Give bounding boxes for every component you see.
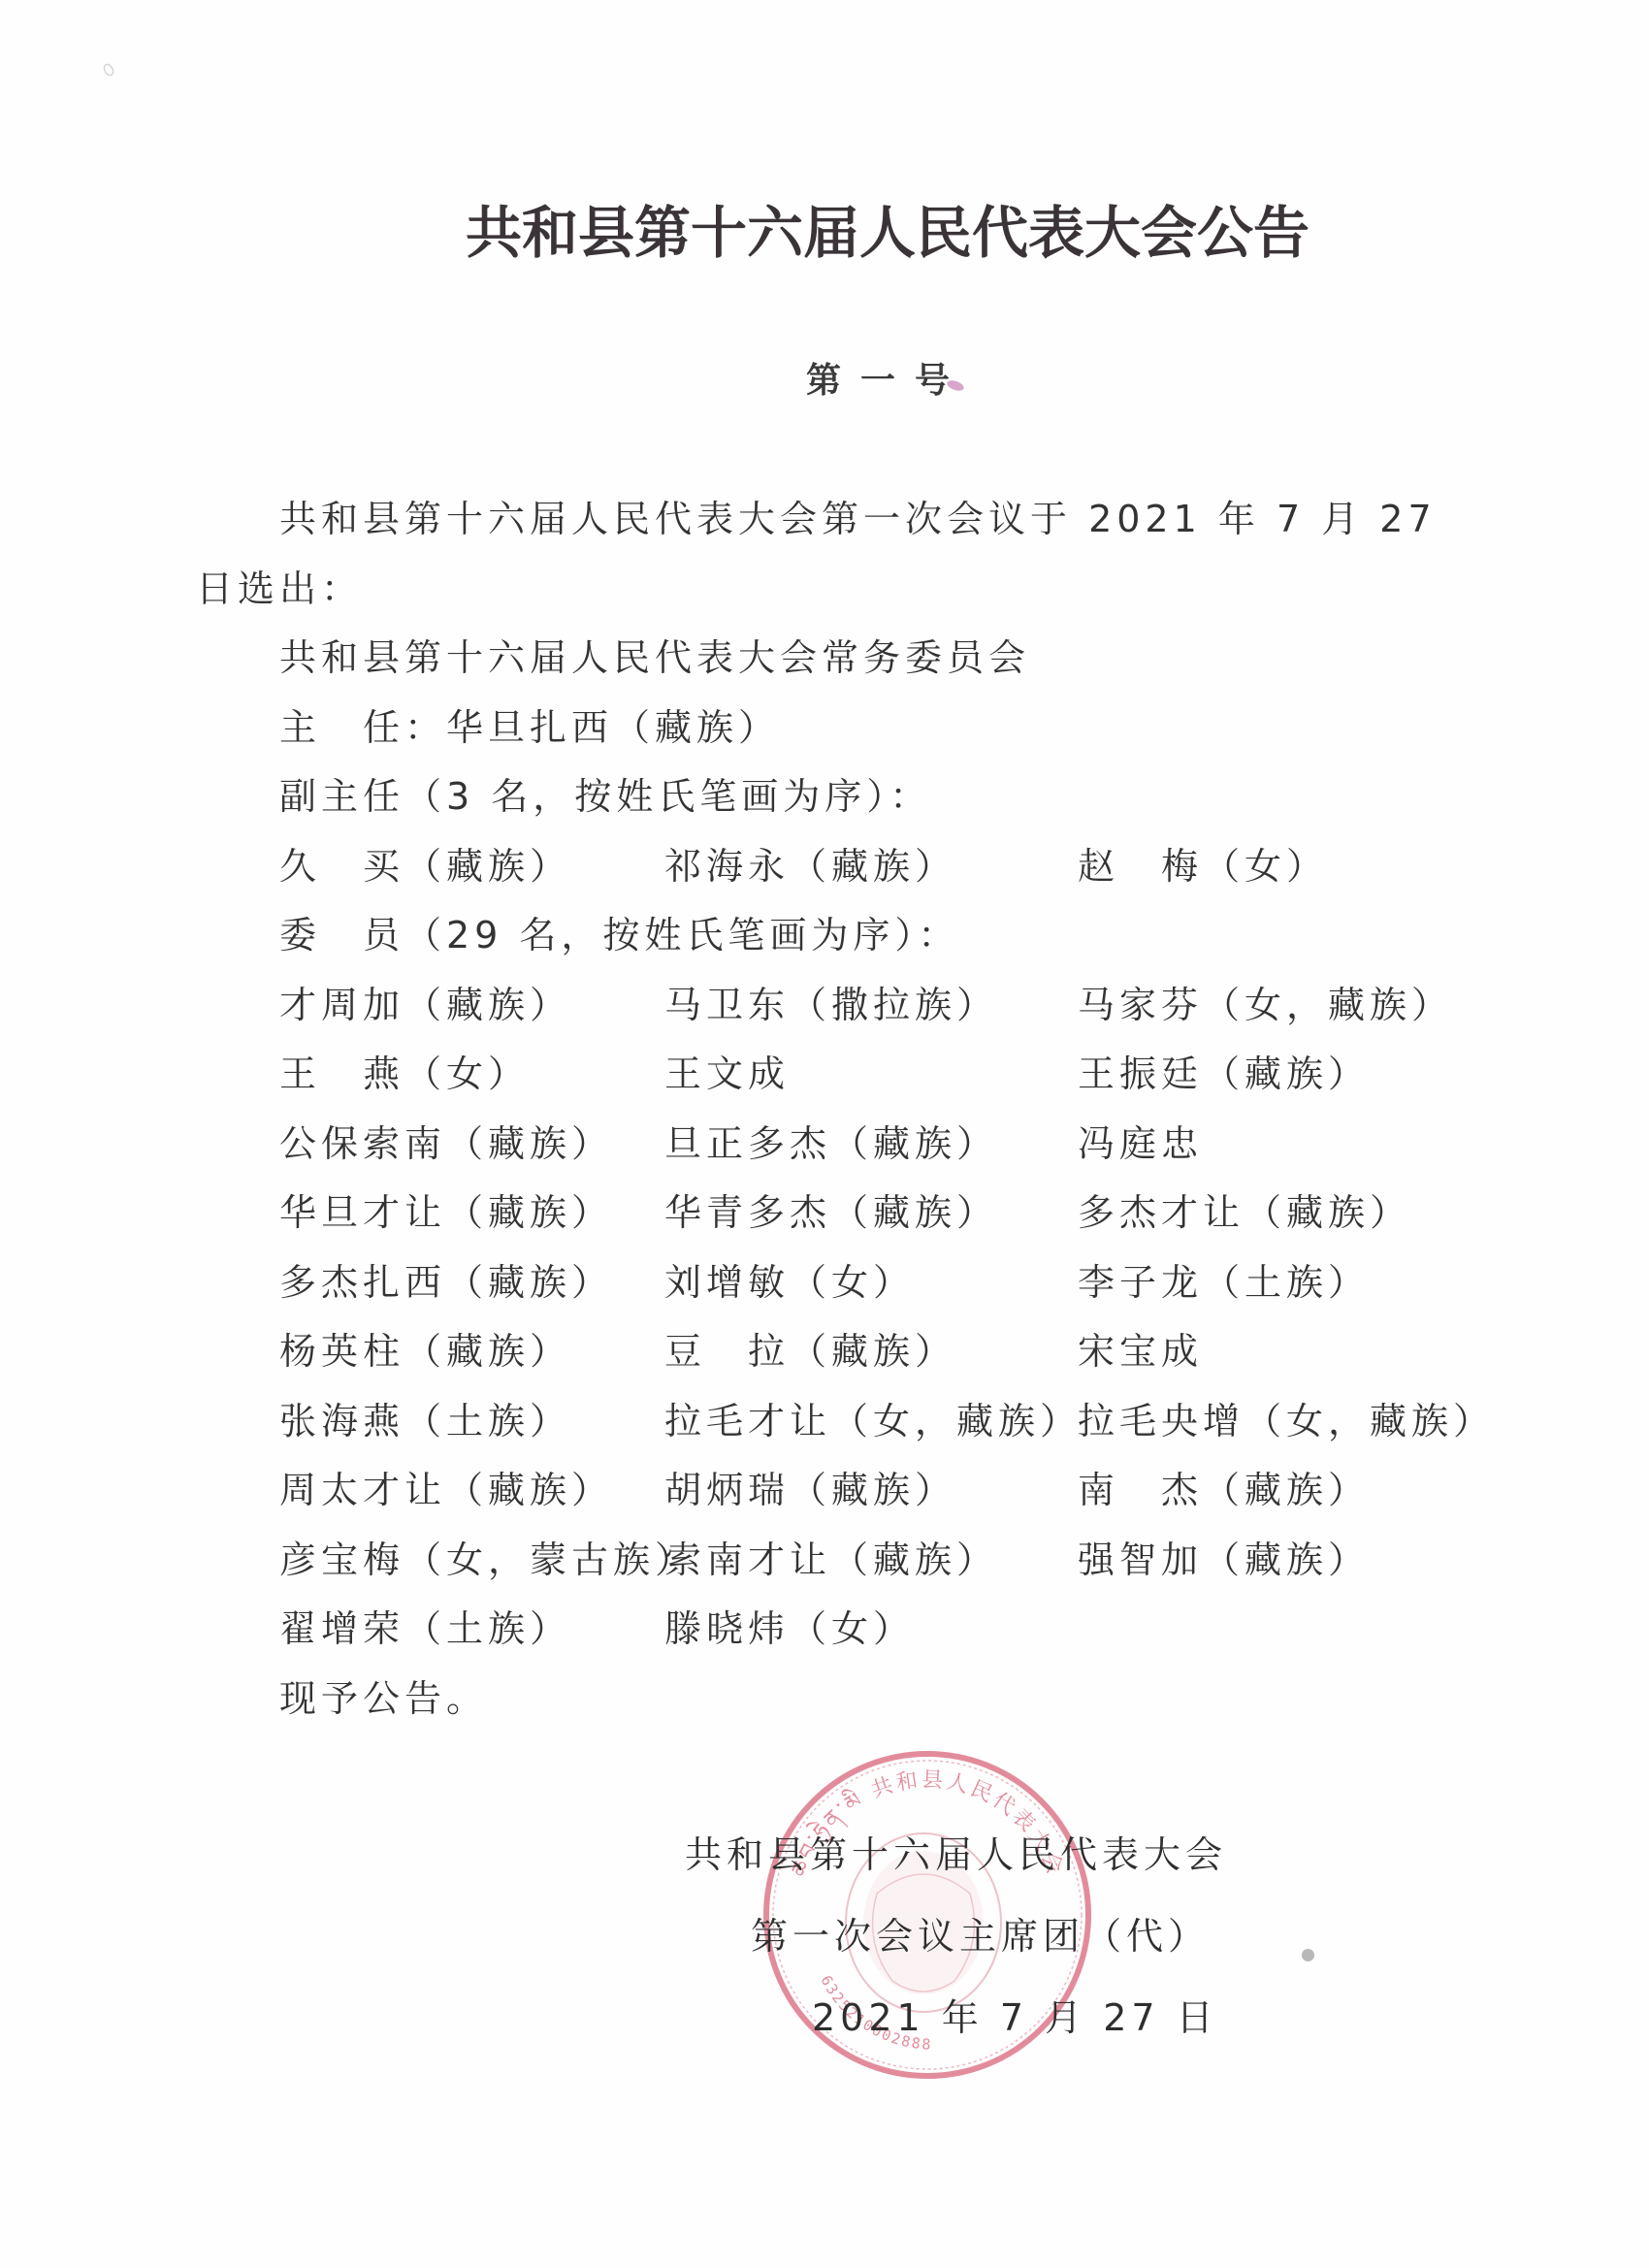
- document-body: 共和县第十六届人民代表大会第一次会议于 2021 年 7 月 27 日选出： 共…: [196, 485, 1418, 1733]
- deputy-director-name: 赵 梅（女）: [1078, 832, 1418, 902]
- member-name: 杨英柱（藏族）: [279, 1317, 664, 1387]
- intro-line-1: 共和县第十六届人民代表大会第一次会议于 2021 年 7 月 27: [196, 485, 1418, 555]
- document-number: 第一号: [0, 357, 1649, 405]
- member-name: 冯庭忠: [1078, 1110, 1418, 1180]
- intro-line-2: 日选出：: [196, 555, 1418, 625]
- member-name: 多杰才让（藏族）: [1078, 1179, 1418, 1248]
- member-name: 王文成: [664, 1040, 1078, 1110]
- member-name: 旦正多杰（藏族）: [664, 1110, 1078, 1180]
- member-name: 周太才让（藏族）: [279, 1456, 664, 1526]
- committee-name: 共和县第十六届人民代表大会常务委员会: [196, 624, 1418, 694]
- member-name: 华青多杰（藏族）: [664, 1179, 1078, 1248]
- members-row: 杨英柱（藏族） 豆 拉（藏族） 宋宝成: [196, 1317, 1418, 1387]
- member-name: 马家芬（女，藏族）: [1078, 971, 1453, 1041]
- members-row: 华旦才让（藏族） 华青多杰（藏族） 多杰才让（藏族）: [196, 1179, 1418, 1248]
- members-row: 多杰扎西（藏族） 刘增敏（女） 李子龙（土族）: [196, 1248, 1418, 1318]
- scanned-document-page: 共和县第十六届人民代表大会公告 第一号 共和县第十六届人民代表大会第一次会议于 …: [0, 0, 1649, 2268]
- member-name: 才周加（藏族）: [279, 971, 664, 1041]
- deputy-directors-row: 久 买（藏族） 祁海永（藏族） 赵 梅（女）: [196, 832, 1418, 902]
- document-title: 共和县第十六届人民代表大会公告: [0, 194, 1649, 272]
- director-name: 华旦扎西（藏族）: [446, 706, 780, 749]
- member-name: 滕晓炜（女）: [664, 1595, 1078, 1665]
- member-name: 公保索南（藏族）: [279, 1110, 664, 1180]
- director-line: 主 任：华旦扎西（藏族）: [196, 694, 1418, 763]
- member-name: 拉毛央增（女，藏族）: [1078, 1387, 1495, 1457]
- member-name: 胡炳瑞（藏族）: [664, 1456, 1078, 1526]
- member-name: 李子龙（土族）: [1078, 1248, 1418, 1318]
- signature-block: 共和县第十六届人民代表大会 第一次会议主席团（代） 2021 年 7 月 27 …: [679, 1814, 1261, 2058]
- member-name: 拉毛才让（女，藏族）: [664, 1387, 1078, 1457]
- director-label: 主 任：: [279, 706, 446, 749]
- scan-noise-marks: [19, 29, 175, 107]
- deputy-directors-heading: 副主任（3 名，按姓氏笔画为序）：: [196, 762, 1418, 832]
- member-name: 强智加（藏族）: [1078, 1526, 1418, 1596]
- deputy-director-name: 祁海永（藏族）: [664, 832, 1078, 902]
- member-name: 刘增敏（女）: [664, 1248, 1078, 1318]
- member-name: 豆 拉（藏族）: [664, 1317, 1078, 1387]
- members-row: 翟增荣（土族） 滕晓炜（女）: [196, 1595, 1418, 1665]
- member-name: 王振廷（藏族）: [1078, 1040, 1418, 1110]
- member-name: 彦宝梅（女，蒙古族）: [279, 1526, 664, 1596]
- closing-statement: 现予公告。: [196, 1665, 1418, 1734]
- members-row: 张海燕（土族） 拉毛才让（女，藏族） 拉毛央增（女，藏族）: [196, 1387, 1418, 1457]
- signature-date: 2021 年 7 月 27 日: [679, 1977, 1261, 2058]
- member-name: 王 燕（女）: [279, 1040, 664, 1110]
- member-name: [1078, 1595, 1418, 1665]
- members-row: 才周加（藏族） 马卫东（撒拉族） 马家芬（女，藏族）: [196, 971, 1418, 1041]
- member-name: 多杰扎西（藏族）: [279, 1248, 664, 1318]
- member-name: 张海燕（土族）: [279, 1387, 664, 1457]
- members-row: 王 燕（女） 王文成 王振廷（藏族）: [196, 1040, 1418, 1110]
- member-name: 索南才让（藏族）: [664, 1526, 1078, 1596]
- member-name: 翟增荣（土族）: [279, 1595, 664, 1665]
- members-row: 周太才让（藏族） 胡炳瑞（藏族） 南 杰（藏族）: [196, 1456, 1418, 1526]
- deputy-director-name: 久 买（藏族）: [279, 832, 664, 902]
- gray-ink-speck: [1302, 1949, 1314, 1961]
- member-name: 马卫东（撒拉族）: [664, 971, 1078, 1041]
- signature-organization: 共和县第十六届人民代表大会: [679, 1814, 1261, 1895]
- member-name: 华旦才让（藏族）: [279, 1179, 664, 1248]
- members-row: 彦宝梅（女，蒙古族） 索南才让（藏族） 强智加（藏族）: [196, 1526, 1418, 1596]
- member-name: 南 杰（藏族）: [1078, 1456, 1418, 1526]
- member-name: 宋宝成: [1078, 1317, 1418, 1387]
- members-row: 公保索南（藏族） 旦正多杰（藏族） 冯庭忠: [196, 1110, 1418, 1180]
- signature-presidium: 第一次会议主席团（代）: [679, 1895, 1261, 1977]
- members-heading: 委 员（29 名，按姓氏笔画为序）：: [196, 901, 1418, 971]
